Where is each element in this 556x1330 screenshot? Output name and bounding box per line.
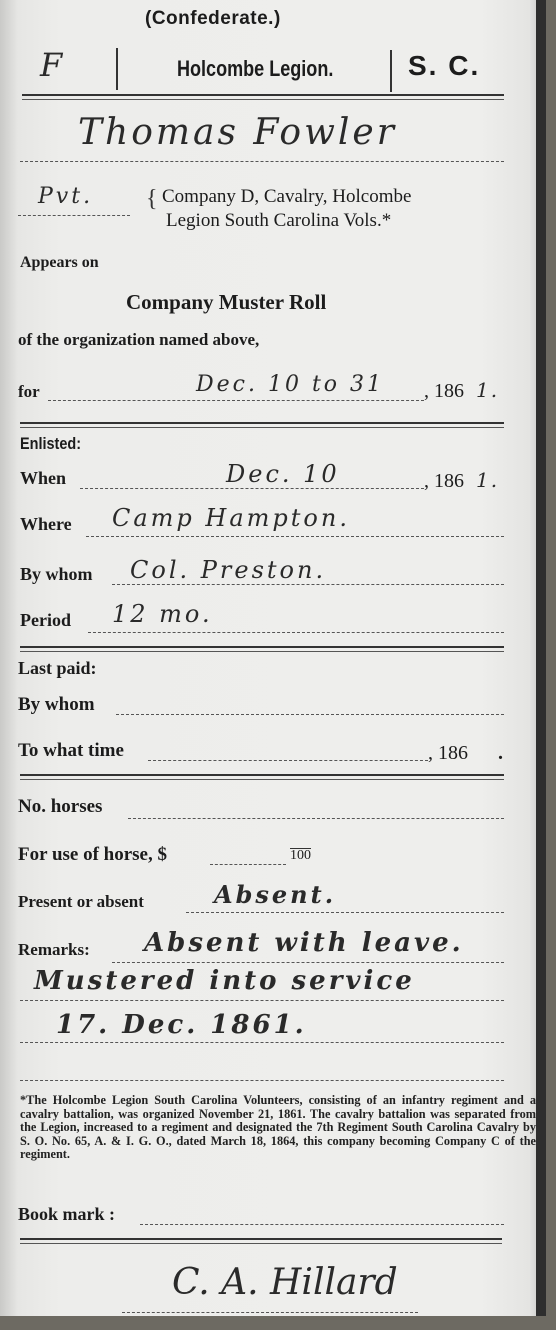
section-rule-2: [20, 646, 504, 652]
present-absent-value: Absent.: [214, 880, 336, 909]
enlisted-by-whom-line: [112, 584, 504, 585]
enlisted-by-whom-value: Col. Preston.: [130, 556, 326, 584]
when-value: Dec. 10: [226, 460, 340, 488]
for-use-of-horse-cents: 100: [290, 848, 311, 863]
remarks-line-1: [112, 962, 504, 963]
of-org-label: of the organization named above,: [18, 330, 259, 350]
brace: {: [146, 186, 158, 213]
remarks-value-2: Mustered into service: [34, 966, 415, 996]
unit-name: Holcombe Legion.: [177, 56, 333, 82]
where-line: [86, 536, 504, 537]
rank-line: [18, 215, 130, 216]
enlisted-heading: Enlisted:: [20, 434, 81, 454]
last-paid-by-whom-label: By whom: [18, 694, 95, 716]
for-line: [48, 400, 424, 401]
present-absent-label: Present or absent: [18, 892, 144, 912]
header-divider-right: [390, 50, 392, 92]
section-rule-1: [20, 422, 504, 428]
surname-initial: F: [40, 46, 65, 84]
muster-card: (Confederate.) F Holcombe Legion. S. C. …: [0, 0, 546, 1316]
card-edge-shadow: [536, 0, 546, 1316]
enlisted-by-whom-label: By whom: [20, 564, 93, 585]
where-value: Camp Hampton.: [112, 504, 350, 532]
soldier-name: Thomas Fowler: [78, 112, 397, 153]
header-divider-left: [116, 48, 118, 90]
period-label: Period: [20, 610, 71, 631]
to-what-time-dot: .: [498, 742, 503, 765]
for-year-prefix: , 186: [424, 380, 464, 403]
when-line: [80, 488, 424, 489]
when-year-digit: 1.: [476, 468, 499, 492]
when-year-prefix: , 186: [424, 470, 464, 493]
remarks-line-4: [20, 1080, 504, 1081]
for-label: for: [18, 382, 40, 402]
rank: Pvt.: [38, 184, 93, 209]
for-use-of-horse-label: For use of horse, $: [18, 844, 167, 866]
book-mark-line: [140, 1224, 504, 1225]
remarks-line-3: [20, 1042, 504, 1043]
period-value: 12 mo.: [112, 600, 213, 628]
remarks-value-3: 17. Dec. 1861.: [56, 1010, 307, 1040]
section-rule-3: [20, 774, 504, 780]
section-rule-4: [20, 1238, 502, 1244]
roll-title: Company Muster Roll: [126, 290, 326, 315]
for-use-of-horse-line: [210, 864, 286, 865]
signature-line: [122, 1312, 418, 1313]
header-rule: [22, 94, 504, 100]
period-line: [88, 632, 504, 633]
for-year-digit: 1.: [476, 378, 499, 402]
remarks-value-1: Absent with leave.: [144, 928, 464, 958]
when-label: When: [20, 468, 66, 489]
confederate-heading: (Confederate.): [145, 8, 281, 30]
for-value: Dec. 10 to 31: [196, 372, 384, 397]
to-what-time-year: , 186: [428, 742, 468, 765]
footnote: *The Holcombe Legion South Carolina Volu…: [20, 1094, 536, 1162]
signature: C. A. Hillard: [172, 1262, 398, 1303]
appears-on-label: Appears on: [20, 254, 99, 272]
no-horses-label: No. horses: [18, 796, 102, 818]
to-what-time-label: To what time: [18, 740, 124, 762]
remarks-label: Remarks:: [18, 940, 90, 960]
name-line: [20, 161, 504, 162]
state-abbrev: S. C.: [408, 50, 480, 82]
no-horses-line: [128, 818, 504, 819]
where-label: Where: [20, 514, 72, 535]
company-line-2: Legion South Carolina Vols.*: [166, 210, 391, 232]
last-paid-heading: Last paid:: [18, 658, 97, 679]
last-paid-by-whom-line: [116, 714, 504, 715]
present-absent-line: [186, 912, 504, 913]
company-line-1: Company D, Cavalry, Holcombe: [162, 186, 411, 208]
remarks-line-2: [20, 1000, 504, 1001]
book-mark-label: Book mark :: [18, 1204, 115, 1225]
to-what-time-line: [148, 760, 428, 761]
